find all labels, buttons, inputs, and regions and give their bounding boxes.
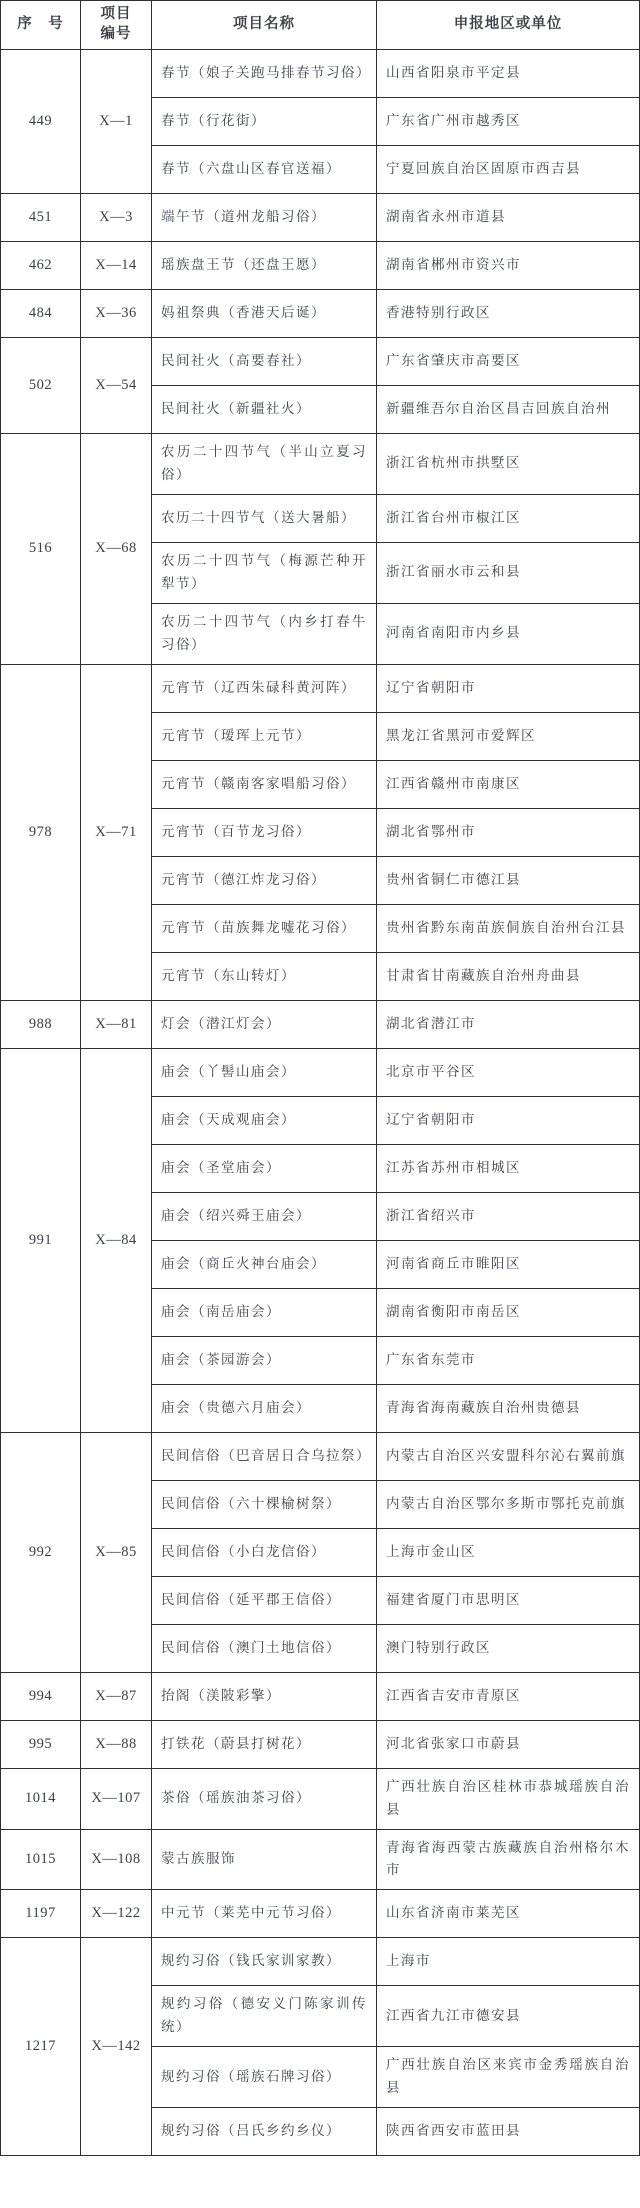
serial-number: 988 bbox=[1, 1000, 81, 1048]
declaring-region: 湖北省潜江市 bbox=[377, 1000, 640, 1048]
declaring-region: 宁夏回族自治区固原市西吉县 bbox=[377, 146, 640, 194]
declaring-region: 河北省张家口市蔚县 bbox=[377, 1720, 640, 1768]
declaring-region: 山西省阳泉市平定县 bbox=[377, 50, 640, 98]
declaring-region: 湖南省衡阳市南岳区 bbox=[377, 1288, 640, 1336]
project-code: X—108 bbox=[81, 1829, 152, 1890]
declaring-region: 浙江省杭州市拱墅区 bbox=[377, 434, 640, 495]
column-header-serial: 序 号 bbox=[1, 1, 81, 50]
project-name: 民间社火（高要春社） bbox=[152, 338, 377, 386]
project-code: X—71 bbox=[81, 664, 152, 1000]
project-name: 民间信俗（小白龙信俗） bbox=[152, 1528, 377, 1576]
project-code: X—84 bbox=[81, 1048, 152, 1432]
declaring-region: 澳门特别行政区 bbox=[377, 1624, 640, 1672]
declaring-region: 湖北省鄂州市 bbox=[377, 808, 640, 856]
project-name: 庙会（天成观庙会） bbox=[152, 1096, 377, 1144]
project-name: 抬阁（渼陂彩擎） bbox=[152, 1672, 377, 1720]
project-name: 民间社火（新疆社火） bbox=[152, 386, 377, 434]
table-row: 1015X—108蒙古族服饰青海省海西蒙古族藏族自治州格尔木市 bbox=[1, 1829, 640, 1890]
column-header-name: 项目名称 bbox=[152, 1, 377, 50]
project-name: 规约习俗（吕氏乡约乡仪） bbox=[152, 2108, 377, 2156]
declaring-region: 青海省海西蒙古族藏族自治州格尔木市 bbox=[377, 1829, 640, 1890]
table-row: 991X—84庙会（丫髻山庙会）北京市平谷区 bbox=[1, 1048, 640, 1096]
declaring-region: 内蒙古自治区兴安盟科尔沁右翼前旗 bbox=[377, 1432, 640, 1480]
project-code: X—122 bbox=[81, 1890, 152, 1938]
project-code: X—87 bbox=[81, 1672, 152, 1720]
project-code: X—14 bbox=[81, 242, 152, 290]
heritage-list-table: 序 号项目 编号项目名称申报地区或单位 449X—1春节（娘子关跑马排春节习俗）… bbox=[0, 0, 640, 2156]
serial-number: 978 bbox=[1, 664, 81, 1000]
column-header-code: 项目 编号 bbox=[81, 1, 152, 50]
project-code: X—107 bbox=[81, 1768, 152, 1829]
project-code: X—36 bbox=[81, 290, 152, 338]
declaring-region: 北京市平谷区 bbox=[377, 1048, 640, 1096]
declaring-region: 辽宁省朝阳市 bbox=[377, 664, 640, 712]
serial-number: 994 bbox=[1, 1672, 81, 1720]
declaring-region: 湖南省郴州市资兴市 bbox=[377, 242, 640, 290]
serial-number: 1217 bbox=[1, 1938, 81, 2156]
project-name: 规约习俗（德安义门陈家训传统） bbox=[152, 1986, 377, 2047]
serial-number: 995 bbox=[1, 1720, 81, 1768]
project-code: X—54 bbox=[81, 338, 152, 434]
table-body: 449X—1春节（娘子关跑马排春节习俗）山西省阳泉市平定县春节（行花街）广东省广… bbox=[1, 50, 640, 2156]
document-page: 序 号项目 编号项目名称申报地区或单位 449X—1春节（娘子关跑马排春节习俗）… bbox=[0, 0, 640, 2208]
project-name: 庙会（绍兴舜王庙会） bbox=[152, 1192, 377, 1240]
project-name: 元宵节（百节龙习俗） bbox=[152, 808, 377, 856]
project-name: 民间信俗（巴音居日合乌拉祭） bbox=[152, 1432, 377, 1480]
table-row: 1217X—142规约习俗（钱氏家训家教）上海市 bbox=[1, 1938, 640, 1986]
project-name: 元宵节（东山转灯） bbox=[152, 952, 377, 1000]
serial-number: 451 bbox=[1, 194, 81, 242]
project-name: 瑶族盘王节（还盘王愿） bbox=[152, 242, 377, 290]
serial-number: 516 bbox=[1, 434, 81, 665]
table-row: 1014X—107茶俗（瑶族油茶习俗）广西壮族自治区桂林市恭城瑶族自治县 bbox=[1, 1768, 640, 1829]
project-name: 灯会（潜江灯会） bbox=[152, 1000, 377, 1048]
project-code: X—85 bbox=[81, 1432, 152, 1672]
project-code: X—1 bbox=[81, 50, 152, 194]
project-name: 中元节（莱芜中元节习俗） bbox=[152, 1890, 377, 1938]
project-code: X—68 bbox=[81, 434, 152, 665]
table-row: 502X—54民间社火（高要春社）广东省肇庆市高要区 bbox=[1, 338, 640, 386]
table-header: 序 号项目 编号项目名称申报地区或单位 bbox=[1, 1, 640, 50]
table-row: 449X—1春节（娘子关跑马排春节习俗）山西省阳泉市平定县 bbox=[1, 50, 640, 98]
project-name: 元宵节（赣南客家唱船习俗） bbox=[152, 760, 377, 808]
declaring-region: 广西壮族自治区桂林市恭城瑶族自治县 bbox=[377, 1768, 640, 1829]
project-name: 庙会（贵德六月庙会） bbox=[152, 1384, 377, 1432]
declaring-region: 内蒙古自治区鄂尔多斯市鄂托克前旗 bbox=[377, 1480, 640, 1528]
project-name: 农历二十四节气（半山立夏习俗） bbox=[152, 434, 377, 495]
declaring-region: 山东省济南市莱芜区 bbox=[377, 1890, 640, 1938]
declaring-region: 浙江省丽水市云和县 bbox=[377, 542, 640, 603]
table-row: 988X—81灯会（潜江灯会）湖北省潜江市 bbox=[1, 1000, 640, 1048]
serial-number: 1014 bbox=[1, 1768, 81, 1829]
declaring-region: 广西壮族自治区来宾市金秀瑶族自治县 bbox=[377, 2047, 640, 2108]
project-name: 庙会（圣堂庙会） bbox=[152, 1144, 377, 1192]
serial-number: 991 bbox=[1, 1048, 81, 1432]
serial-number: 1015 bbox=[1, 1829, 81, 1890]
serial-number: 992 bbox=[1, 1432, 81, 1672]
project-name: 元宵节（瑷珲上元节） bbox=[152, 712, 377, 760]
declaring-region: 广东省广州市越秀区 bbox=[377, 98, 640, 146]
project-name: 妈祖祭典（香港天后诞） bbox=[152, 290, 377, 338]
declaring-region: 江西省赣州市南康区 bbox=[377, 760, 640, 808]
declaring-region: 江西省吉安市青原区 bbox=[377, 1672, 640, 1720]
project-name: 元宵节（苗族舞龙嘘花习俗） bbox=[152, 904, 377, 952]
serial-number: 1197 bbox=[1, 1890, 81, 1938]
declaring-region: 河南省南阳市内乡县 bbox=[377, 603, 640, 664]
project-name: 规约习俗（瑶族石牌习俗） bbox=[152, 2047, 377, 2108]
declaring-region: 江苏省苏州市相城区 bbox=[377, 1144, 640, 1192]
project-name: 民间信俗（六十棵榆树祭） bbox=[152, 1480, 377, 1528]
project-name: 农历二十四节气（送大暑船） bbox=[152, 494, 377, 542]
column-header-region: 申报地区或单位 bbox=[377, 1, 640, 50]
declaring-region: 陕西省西安市蓝田县 bbox=[377, 2108, 640, 2156]
declaring-region: 浙江省台州市椒江区 bbox=[377, 494, 640, 542]
declaring-region: 广东省肇庆市高要区 bbox=[377, 338, 640, 386]
project-code: X—81 bbox=[81, 1000, 152, 1048]
project-name: 春节（行花街） bbox=[152, 98, 377, 146]
project-name: 庙会（南岳庙会） bbox=[152, 1288, 377, 1336]
project-name: 庙会（商丘火神台庙会） bbox=[152, 1240, 377, 1288]
project-name: 民间信俗（延平郡王信俗） bbox=[152, 1576, 377, 1624]
declaring-region: 辽宁省朝阳市 bbox=[377, 1096, 640, 1144]
table-header-row: 序 号项目 编号项目名称申报地区或单位 bbox=[1, 1, 640, 50]
project-name: 端午节（道州龙船习俗） bbox=[152, 194, 377, 242]
serial-number: 462 bbox=[1, 242, 81, 290]
declaring-region: 江西省九江市德安县 bbox=[377, 1986, 640, 2047]
project-name: 庙会（丫髻山庙会） bbox=[152, 1048, 377, 1096]
declaring-region: 贵州省铜仁市德江县 bbox=[377, 856, 640, 904]
table-row: 484X—36妈祖祭典（香港天后诞）香港特别行政区 bbox=[1, 290, 640, 338]
declaring-region: 湖南省永州市道县 bbox=[377, 194, 640, 242]
serial-number: 449 bbox=[1, 50, 81, 194]
serial-number: 484 bbox=[1, 290, 81, 338]
project-name: 元宵节（德江炸龙习俗） bbox=[152, 856, 377, 904]
table-row: 1197X—122中元节（莱芜中元节习俗）山东省济南市莱芜区 bbox=[1, 1890, 640, 1938]
table-row: 992X—85民间信俗（巴音居日合乌拉祭）内蒙古自治区兴安盟科尔沁右翼前旗 bbox=[1, 1432, 640, 1480]
project-name: 规约习俗（钱氏家训家教） bbox=[152, 1938, 377, 1986]
project-code: X—3 bbox=[81, 194, 152, 242]
declaring-region: 新疆维吾尔自治区昌吉回族自治州 bbox=[377, 386, 640, 434]
table-row: 994X—87抬阁（渼陂彩擎）江西省吉安市青原区 bbox=[1, 1672, 640, 1720]
declaring-region: 广东省东莞市 bbox=[377, 1336, 640, 1384]
declaring-region: 贵州省黔东南苗族侗族自治州台江县 bbox=[377, 904, 640, 952]
declaring-region: 甘肃省甘南藏族自治州舟曲县 bbox=[377, 952, 640, 1000]
declaring-region: 浙江省绍兴市 bbox=[377, 1192, 640, 1240]
project-name: 元宵节（辽西朱碌科黄河阵） bbox=[152, 664, 377, 712]
project-code: X—88 bbox=[81, 1720, 152, 1768]
project-name: 农历二十四节气（内乡打春牛习俗） bbox=[152, 603, 377, 664]
project-name: 蒙古族服饰 bbox=[152, 1829, 377, 1890]
project-name: 农历二十四节气（梅源芒种开犁节） bbox=[152, 542, 377, 603]
project-code: X—142 bbox=[81, 1938, 152, 2156]
project-name: 打铁花（蔚县打树花） bbox=[152, 1720, 377, 1768]
project-name: 春节（六盘山区春官送福） bbox=[152, 146, 377, 194]
table-row: 462X—14瑶族盘王节（还盘王愿）湖南省郴州市资兴市 bbox=[1, 242, 640, 290]
declaring-region: 黑龙江省黑河市爱辉区 bbox=[377, 712, 640, 760]
declaring-region: 上海市 bbox=[377, 1938, 640, 1986]
project-name: 庙会（茶园游会） bbox=[152, 1336, 377, 1384]
serial-number: 502 bbox=[1, 338, 81, 434]
table-row: 516X—68农历二十四节气（半山立夏习俗）浙江省杭州市拱墅区 bbox=[1, 434, 640, 495]
project-name: 茶俗（瑶族油茶习俗） bbox=[152, 1768, 377, 1829]
table-row: 978X—71元宵节（辽西朱碌科黄河阵）辽宁省朝阳市 bbox=[1, 664, 640, 712]
project-name: 春节（娘子关跑马排春节习俗） bbox=[152, 50, 377, 98]
table-row: 451X—3端午节（道州龙船习俗）湖南省永州市道县 bbox=[1, 194, 640, 242]
declaring-region: 福建省厦门市思明区 bbox=[377, 1576, 640, 1624]
declaring-region: 河南省商丘市睢阳区 bbox=[377, 1240, 640, 1288]
declaring-region: 青海省海南藏族自治州贵德县 bbox=[377, 1384, 640, 1432]
table-row: 995X—88打铁花（蔚县打树花）河北省张家口市蔚县 bbox=[1, 1720, 640, 1768]
declaring-region: 上海市金山区 bbox=[377, 1528, 640, 1576]
project-name: 民间信俗（澳门土地信俗） bbox=[152, 1624, 377, 1672]
declaring-region: 香港特别行政区 bbox=[377, 290, 640, 338]
